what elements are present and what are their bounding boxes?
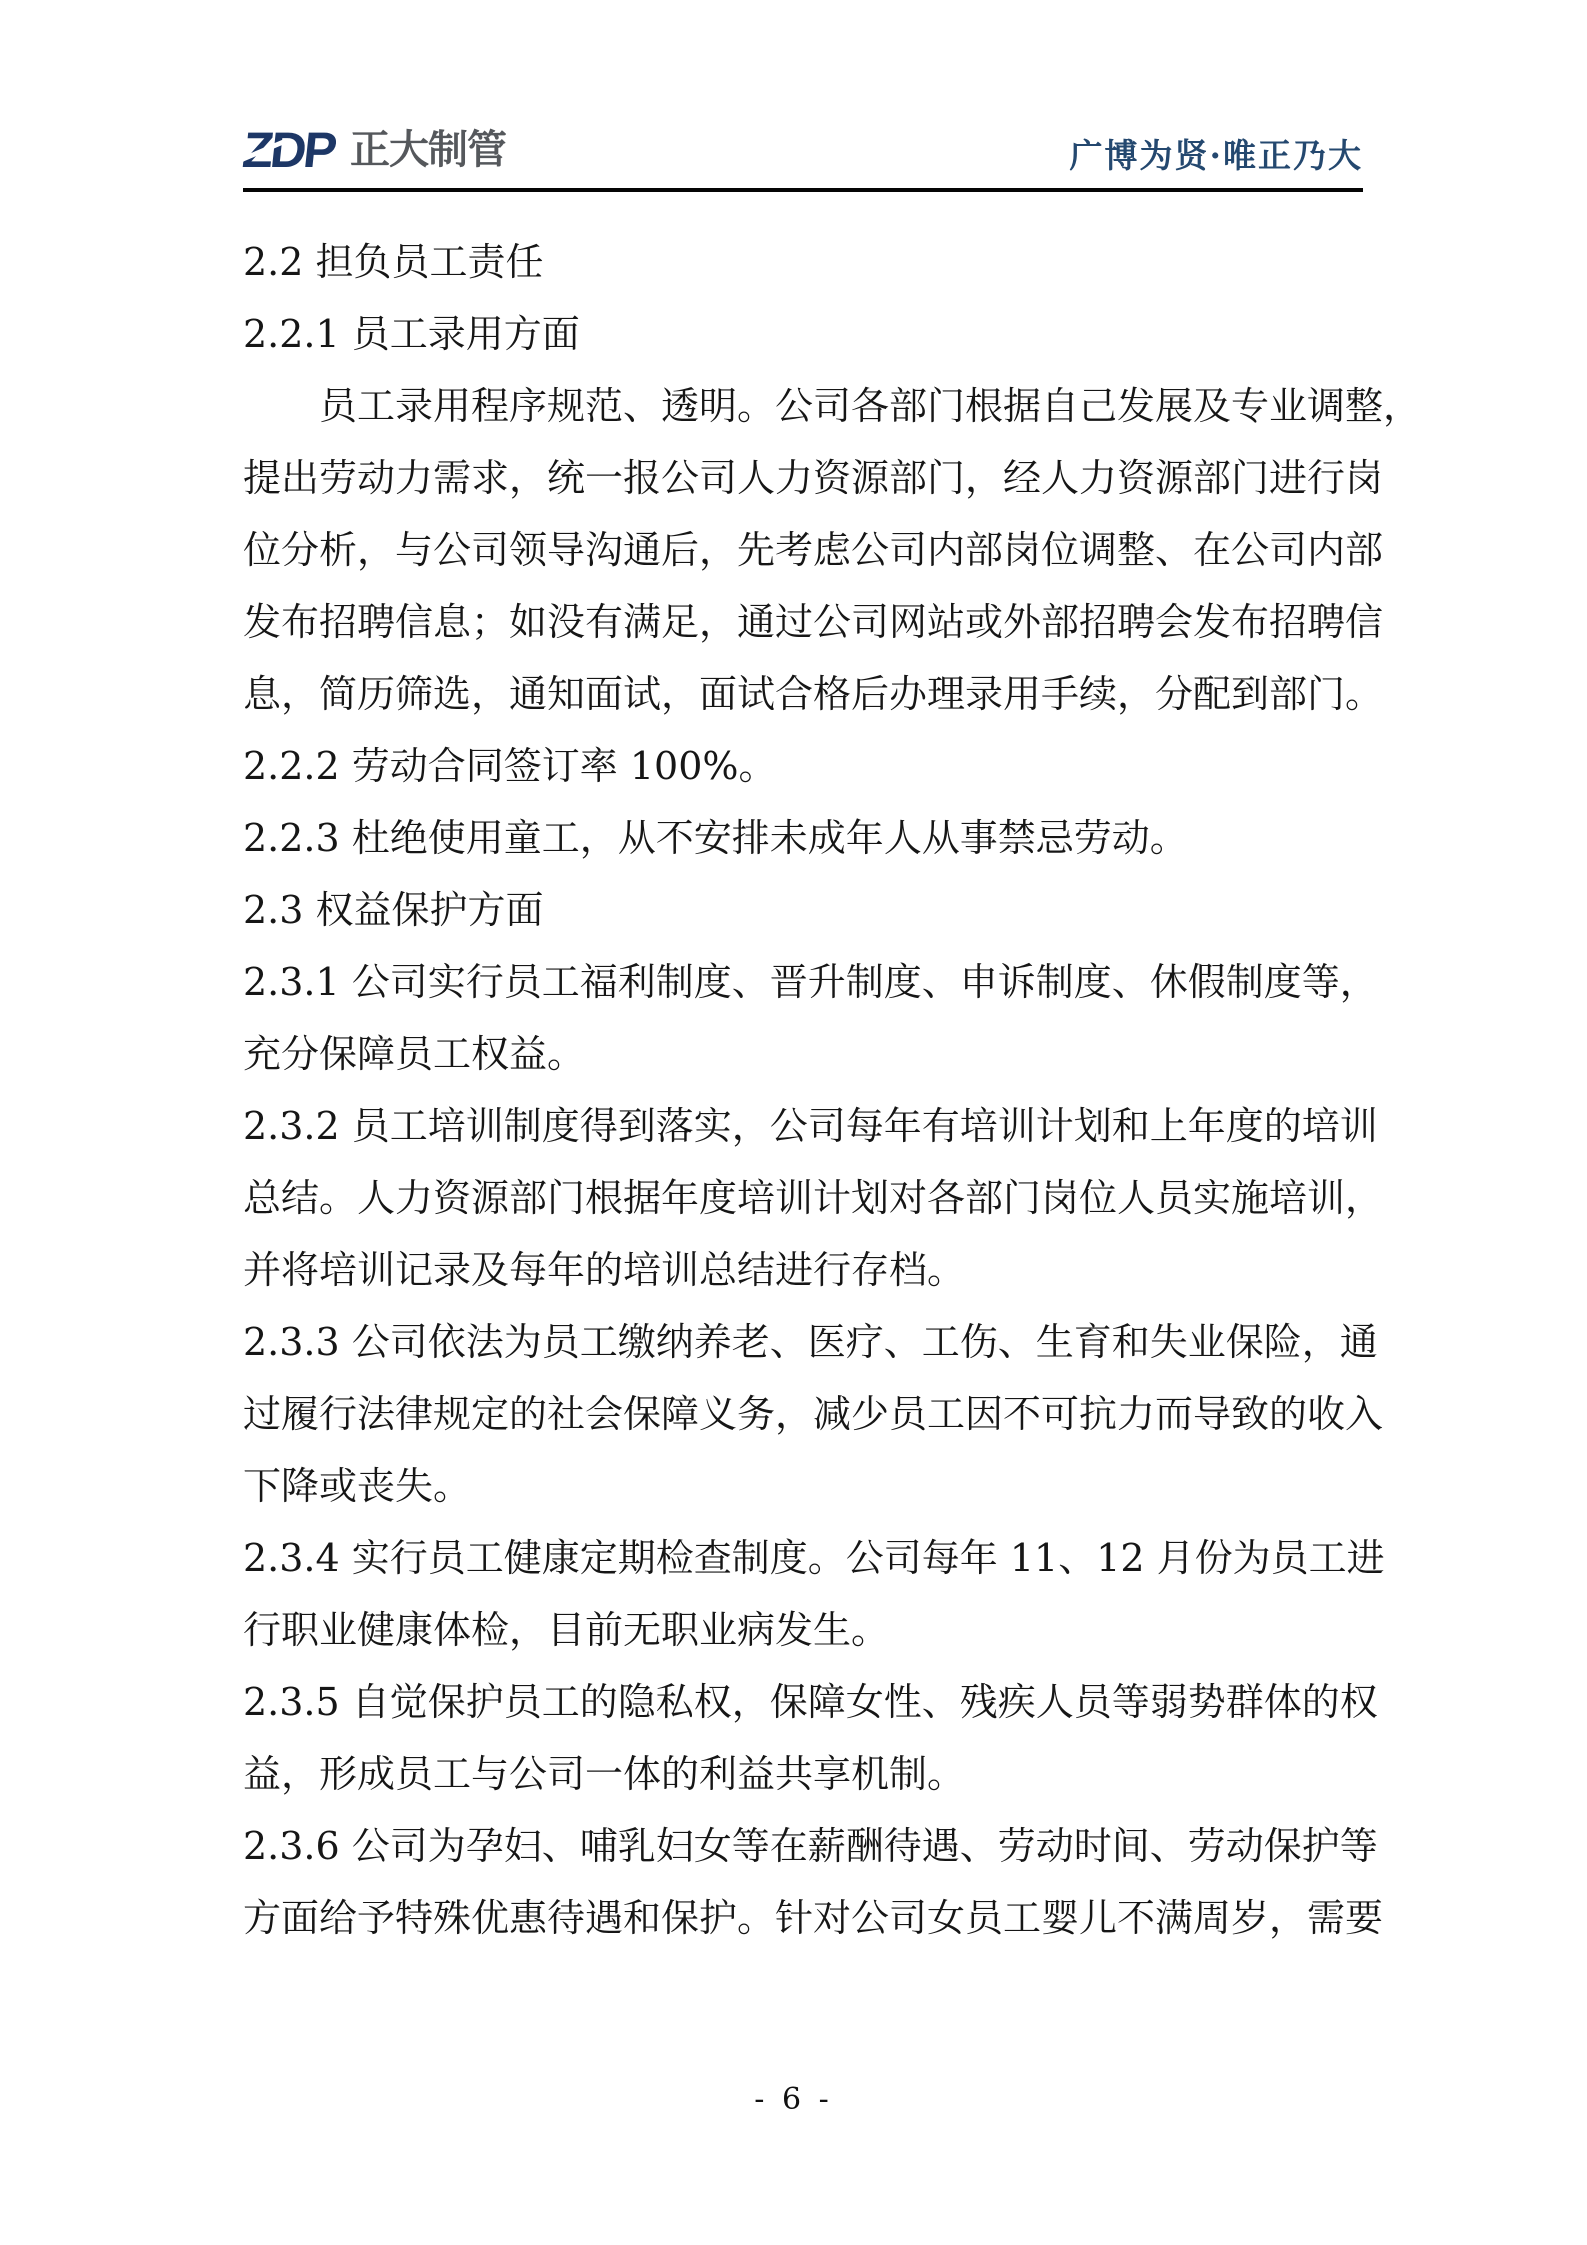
text-line: 2.2.1 员工录用方面 bbox=[243, 298, 1367, 370]
text-line: 下降或丧失。 bbox=[243, 1450, 1367, 1522]
text-line: 2.3.5 自觉保护员工的隐私权，保障女性、残疾人员等弱势群体的权 bbox=[243, 1666, 1367, 1738]
text-line: 息，简历筛选，通知面试，面试合格后办理录用手续，分配到部门。 bbox=[243, 658, 1367, 730]
text-line: 益，形成员工与公司一体的利益共享机制。 bbox=[243, 1738, 1367, 1810]
text-line: 员工录用程序规范、透明。公司各部门根据自己发展及专业调整， bbox=[243, 370, 1367, 442]
text-line: 行职业健康体检，目前无职业病发生。 bbox=[243, 1594, 1367, 1666]
text-line: 位分析，与公司领导沟通后，先考虑公司内部岗位调整、在公司内部 bbox=[243, 514, 1367, 586]
zdp-logo-icon: ZDP bbox=[241, 128, 337, 172]
text-line: 并将培训记录及每年的培训总结进行存档。 bbox=[243, 1234, 1367, 1306]
company-logo: ZDP 正大制管 bbox=[243, 128, 506, 172]
text-line: 方面给予特殊优惠待遇和保护。针对公司女员工婴儿不满周岁，需要 bbox=[243, 1882, 1367, 1954]
text-line: 2.2 担负员工责任 bbox=[243, 226, 1367, 298]
company-name: 正大制管 bbox=[350, 128, 506, 172]
text-line: 2.2.2 劳动合同签订率 100%。 bbox=[243, 730, 1367, 802]
text-line: 2.3.1 公司实行员工福利制度、晋升制度、申诉制度、休假制度等， bbox=[243, 946, 1367, 1018]
text-line: 2.3.2 员工培训制度得到落实，公司每年有培训计划和上年度的培训 bbox=[243, 1090, 1367, 1162]
document-page: ZDP 正大制管 广博为贤·唯正乃大 2.2 担负员工责任2.2.1 员工录用方… bbox=[0, 0, 1587, 2245]
text-line: 2.3.6 公司为孕妇、哺乳妇女等在薪酬待遇、劳动时间、劳动保护等 bbox=[243, 1810, 1367, 1882]
text-line: 2.3 权益保护方面 bbox=[243, 874, 1367, 946]
text-line: 2.3.4 实行员工健康定期检查制度。公司每年 11、12 月份为员工进 bbox=[243, 1522, 1367, 1594]
header-slogan: 广博为贤·唯正乃大 bbox=[1070, 136, 1364, 176]
text-line: 2.3.3 公司依法为员工缴纳养老、医疗、工伤、生育和失业保险，通 bbox=[243, 1306, 1367, 1378]
header-divider bbox=[243, 188, 1363, 192]
document-body: 2.2 担负员工责任2.2.1 员工录用方面 员工录用程序规范、透明。公司各部门… bbox=[243, 226, 1367, 1954]
text-line: 提出劳动力需求，统一报公司人力资源部门，经人力资源部门进行岗 bbox=[243, 442, 1367, 514]
text-line: 充分保障员工权益。 bbox=[243, 1018, 1367, 1090]
text-line: 2.2.3 杜绝使用童工，从不安排未成年人从事禁忌劳动。 bbox=[243, 802, 1367, 874]
text-line: 过履行法律规定的社会保障义务，减少员工因不可抗力而导致的收入 bbox=[243, 1378, 1367, 1450]
page-number: - 6 - bbox=[0, 2082, 1587, 2117]
text-line: 发布招聘信息；如没有满足，通过公司网站或外部招聘会发布招聘信 bbox=[243, 586, 1367, 658]
text-line: 总结。人力资源部门根据年度培训计划对各部门岗位人员实施培训， bbox=[243, 1162, 1367, 1234]
